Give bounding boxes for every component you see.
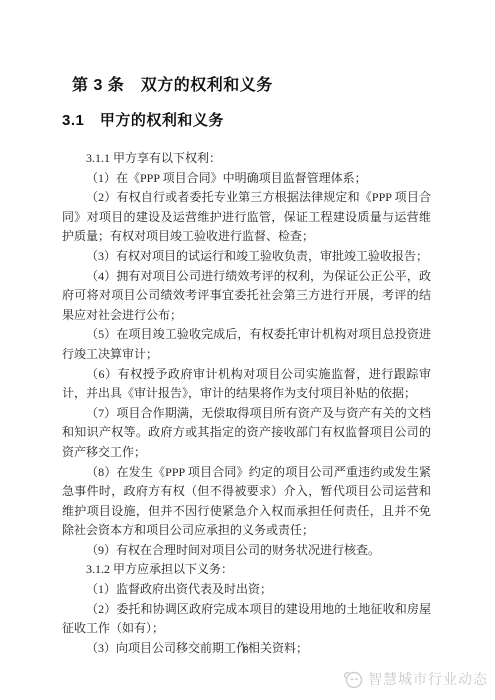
page-number: 8 xyxy=(62,645,430,656)
mascot-face-icon xyxy=(342,668,364,690)
clause-paragraph-right-1: （1）在《PPP 项目合同》中明确项目监督管理体系； xyxy=(62,169,431,189)
clause-paragraph-right-3: （3）有权对项目的试运行和竣工验收负责，审批竣工验收报告； xyxy=(62,247,431,267)
clause-paragraph-3-1-2: 3.1.2 甲方应承担以下义务： xyxy=(62,560,431,580)
subsection-heading: 3.1 甲方的权利和义务 xyxy=(62,113,431,129)
clause-paragraph-duty-1: （1）监督政府出资代表及时出资； xyxy=(62,580,431,600)
clause-paragraph-right-8: （8）在发生《PPP 项目合同》约定的项目公司严重违约或发生紧急事件时，政府方有… xyxy=(62,463,431,541)
clause-paragraph-3-1-1: 3.1.1 甲方享有以下权利： xyxy=(62,149,431,169)
clause-paragraph-right-6: （6）有权授予政府审计机构对项目公司实施监督，进行跟踪审计，并出具《审计报告》，… xyxy=(62,365,431,404)
clause-paragraph-right-4: （4）拥有对项目公司进行绩效考评的权利，为保证公正公平，政府可将对项目公司绩效考… xyxy=(62,267,431,326)
document-page: 第 3 条 双方的权利和义务 3.1 甲方的权利和义务 3.1.1 甲方享有以下… xyxy=(0,0,495,700)
clause-paragraph-right-9: （9）有权在合理时间对项目公司的财务状况进行核查。 xyxy=(62,541,431,561)
watermark-label: 智慧城市行业动态 xyxy=(368,669,488,689)
clause-body: 3.1.1 甲方享有以下权利： （1）在《PPP 项目合同》中明确项目监督管理体… xyxy=(62,149,431,658)
clause-paragraph-right-2: （2）有权自行或者委托专业第三方根据法律规定和《PPP 项目合同》对项目的建设及… xyxy=(62,188,431,247)
watermark: 智慧城市行业动态 xyxy=(342,668,488,690)
section-heading: 第 3 条 双方的权利和义务 xyxy=(72,77,431,94)
clause-paragraph-right-7: （7）项目合作期满，无偿取得项目所有资产及与资产有关的文档和知识产权等。政府方或… xyxy=(62,404,431,463)
clause-paragraph-right-5: （5）在项目竣工验收完成后，有权委托审计机构对项目总投资进行竣工决算审计； xyxy=(62,325,431,364)
clause-paragraph-duty-2: （2）委托和协调区政府完成本项目的建设用地的土地征收和房屋征收工作（如有）； xyxy=(62,600,431,639)
